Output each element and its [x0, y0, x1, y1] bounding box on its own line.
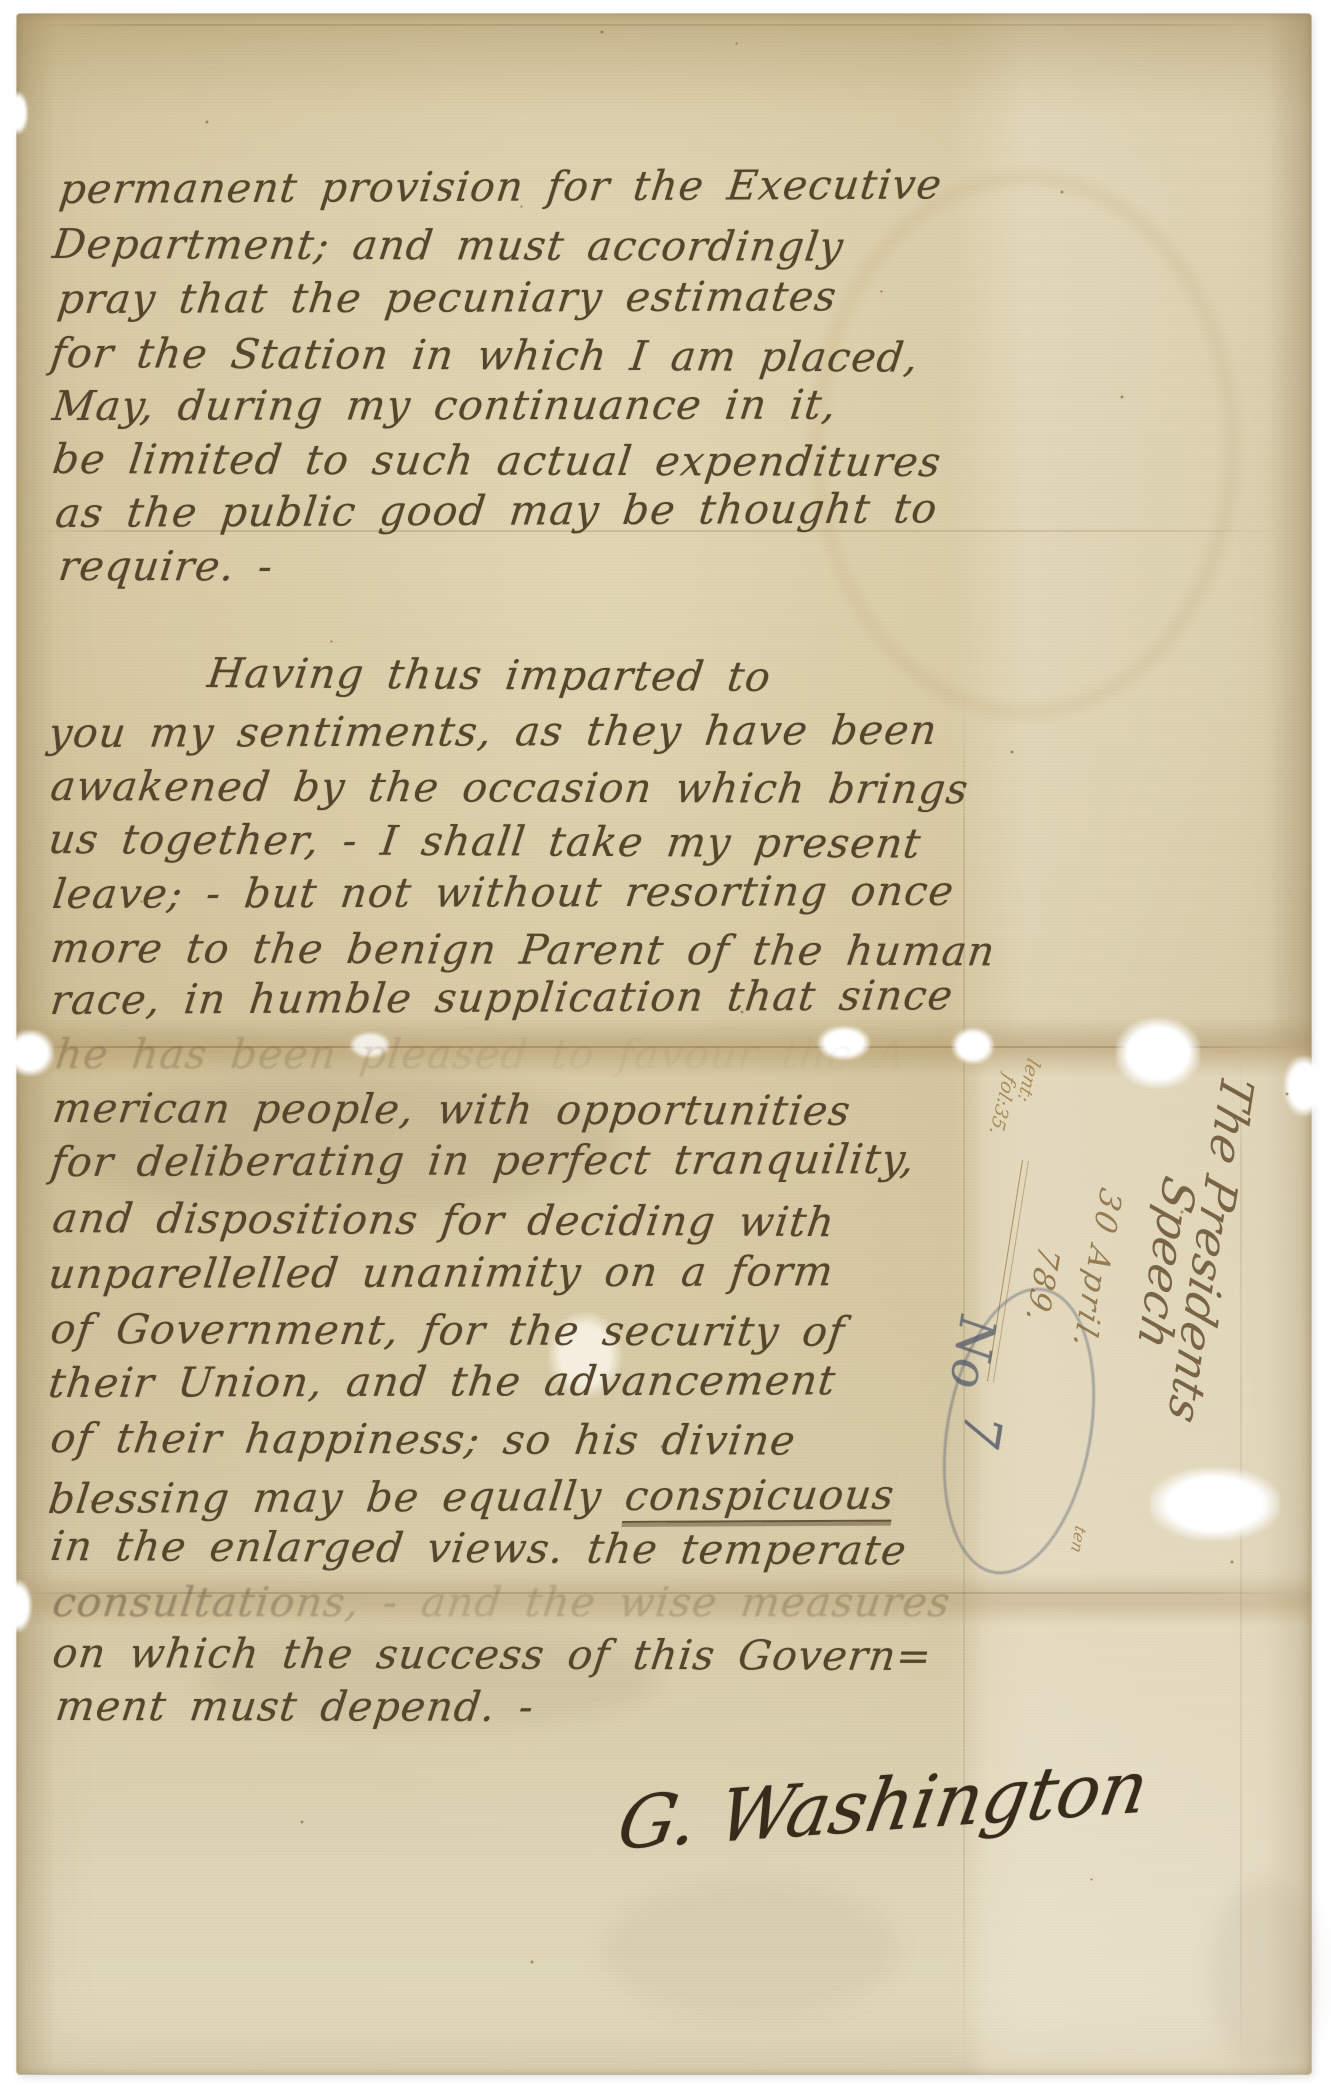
- docket-annotation: ten: [1067, 1523, 1090, 1555]
- docket-annotation: fol:35.: [985, 1071, 1020, 1139]
- document-photo: permanent provision for the ExecutiveDep…: [0, 0, 1331, 2100]
- docket-annotation: 7: [949, 1404, 1012, 1457]
- docket-annotation: 789.: [1018, 1241, 1066, 1329]
- docket-annotation: No: [939, 1307, 1006, 1399]
- docket-annotation: 30 April.: [1065, 1183, 1128, 1356]
